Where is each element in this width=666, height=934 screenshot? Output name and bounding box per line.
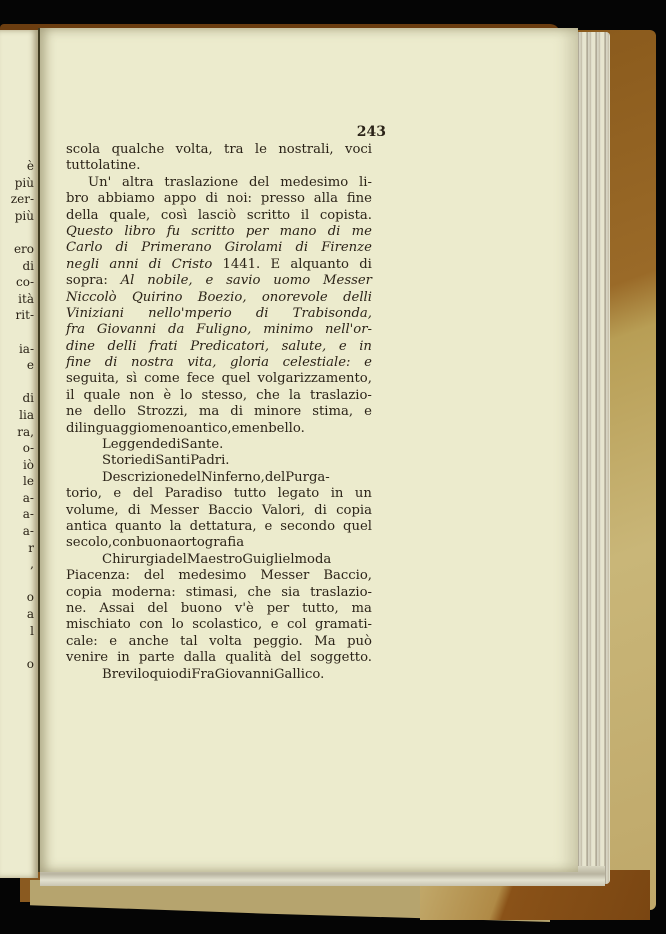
left-page-fragment: ità: [0, 291, 34, 308]
left-page-fragment: [0, 224, 34, 241]
left-page-fragment: iò: [0, 457, 34, 474]
left-page-fragment: a: [0, 606, 34, 623]
left-page-fragment: [0, 639, 34, 656]
page-number: 243: [357, 124, 386, 140]
text-line: tutto latine.: [66, 158, 372, 174]
text-line: fraGiovannidaFuligno,minimonell'or-: [66, 322, 372, 338]
left-page-fragment: [0, 324, 34, 341]
left-page-fragment: [0, 374, 34, 391]
text-line: CarlodiPrimeranoGirolamidiFirenze: [66, 240, 372, 256]
text-line: negliannidiCristo1441.Ealquantodi: [66, 257, 372, 273]
left-page-text-fragments: èpiùzer-piùerodico-itàrit-ia-ediliara,o-…: [0, 158, 34, 672]
text-line: Leggende di Sante.: [66, 437, 372, 453]
left-page-fragment: rit-: [0, 307, 34, 324]
text-line: Breviloquio di Fra Giovanni Gallico.: [66, 667, 372, 683]
left-page-fragment: [0, 573, 34, 590]
text-line: volume,diMesserBaccioValori,dicopia: [66, 503, 372, 519]
left-page-fragment: o: [0, 656, 34, 673]
text-line: broabbiamoappodinoi:pressoallafine: [66, 191, 372, 207]
text-line: dellaquale,cosìlasciòscrittoilcopista.: [66, 208, 372, 224]
left-page-fragment: a-: [0, 523, 34, 540]
text-line: seguita,sìcomefecequelvolgarizzamento,: [66, 371, 372, 387]
text-line: torio,edelParadisotuttolegatoinun: [66, 486, 372, 502]
left-page-fragment: r: [0, 540, 34, 557]
text-line: ilqualenonèlostesso,chelatraslazio-: [66, 388, 372, 404]
page-text-block: 243 scolaqualchevolta,tralenostrali,voci…: [66, 128, 372, 683]
left-page-fragment: ,: [0, 556, 34, 573]
text-line: ne.Assaidelbuonov'èpertutto,ma: [66, 601, 372, 617]
left-page-fragment: zer-: [0, 191, 34, 208]
text-line: Descrizione del Ninferno, del Purga-: [66, 470, 372, 486]
left-page-fragment: o-: [0, 440, 34, 457]
text-line: cale:eanchetalvoltapeggio.Mapuò: [66, 634, 372, 650]
text-line: dinedellifratiPredicatori,salute,ein: [66, 339, 372, 355]
text-line: finedinostravita,gloriacelestiale:e: [66, 355, 372, 371]
text-line: scolaqualchevolta,tralenostrali,voci: [66, 142, 372, 158]
text-line: NiccolòQuirinoBoezio,onorevoledelli: [66, 290, 372, 306]
left-page-fragment: ra,: [0, 424, 34, 441]
left-page-fragment: le: [0, 473, 34, 490]
left-page-fragment: di: [0, 390, 34, 407]
left-page-fragment: a-: [0, 506, 34, 523]
text-line: venireinpartedallaqualitàdelsoggetto.: [66, 650, 372, 666]
text-line: secolo, con buona ortografia: [66, 535, 372, 551]
left-page-fragment: più: [0, 175, 34, 192]
left-page-fragment: co-: [0, 274, 34, 291]
text-line: nedelloStrozzi,madiminorestima,e: [66, 404, 372, 420]
left-page-fragment: lia: [0, 407, 34, 424]
text-line: Un'altratraslazionedelmedesimoli-: [66, 175, 372, 191]
text-line: Chirurgia del Maestro Guiglielmo da: [66, 552, 372, 568]
text-line: copiamoderna:stimasi,chesiatraslazio-: [66, 585, 372, 601]
text-line: Questolibrofuscrittopermanodime: [66, 224, 372, 240]
text-line: sopra:Alnobile,esaviouomoMesser: [66, 273, 372, 289]
left-page-fragment: ero: [0, 241, 34, 258]
left-page-fragment: l: [0, 623, 34, 640]
text-line: Piacenza:delmedesimoMesserBaccio,: [66, 568, 372, 584]
text-line: mischiatoconloscolastico,ecolgramati-: [66, 617, 372, 633]
text-line: anticaquantoladettatura,esecondoquel: [66, 519, 372, 535]
left-page-fragment: di: [0, 258, 34, 275]
left-page-fragment: e: [0, 357, 34, 374]
text-line: di linguaggio meno antico, e men bello.: [66, 421, 372, 437]
left-page-fragment: è: [0, 158, 34, 175]
text-lines: scolaqualchevolta,tralenostrali,vocitutt…: [66, 128, 372, 683]
text-line: Storie di Santi Padri.: [66, 453, 372, 469]
left-page-fragment: o: [0, 589, 34, 606]
left-page-fragment: a-: [0, 490, 34, 507]
left-page-fragment: più: [0, 208, 34, 225]
text-line: Vinizianinello'mperiodiTrabisonda,: [66, 306, 372, 322]
left-page-fragment: ia-: [0, 341, 34, 358]
